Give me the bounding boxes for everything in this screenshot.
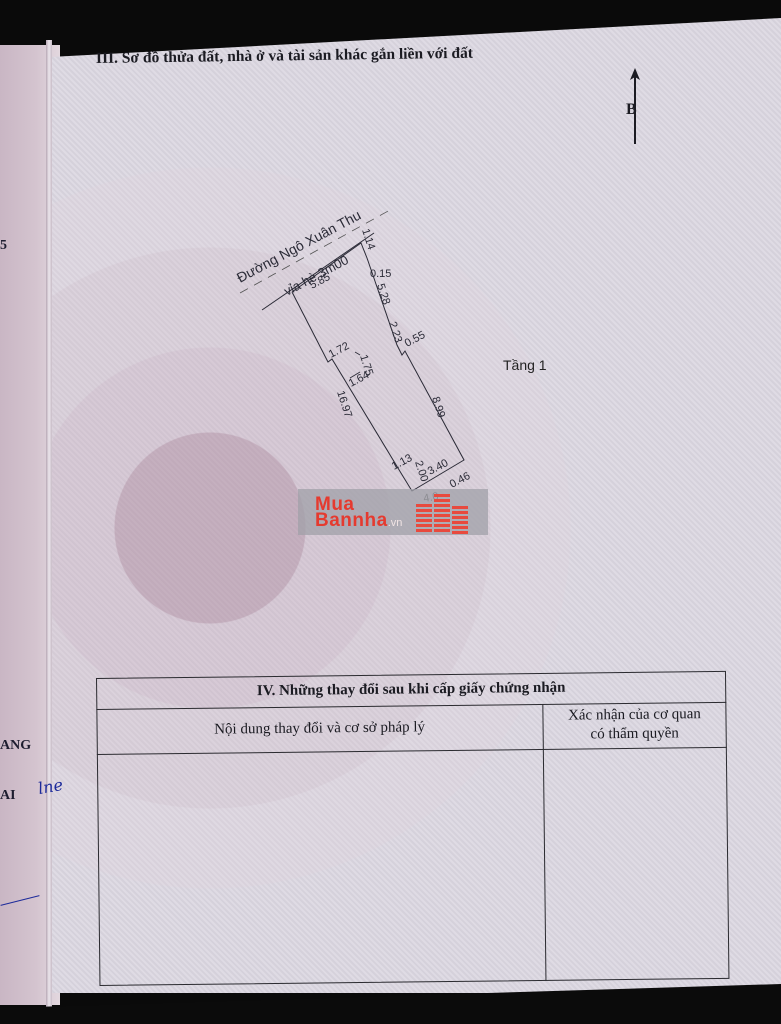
certificate-page: 5 ANG AI lne III. Sơ đồ thửa đất, nhà ở … — [0, 0, 781, 1024]
dim-right-mid-2: 0.55 — [403, 329, 428, 350]
dim-right-top-2: 0.15 — [370, 268, 391, 280]
column-header-changes: Nội dung thay đổi và cơ sở pháp lý — [96, 704, 542, 754]
building-bars-icon — [416, 492, 470, 534]
dim-left-step-1: 1.72 — [327, 340, 352, 361]
changes-table: IV. Những thay đổi sau khi cấp giấy chứn… — [96, 671, 729, 986]
dim-right-mid-1: 2.23 — [386, 320, 404, 344]
dim-rear-3: 3.40 — [426, 457, 451, 478]
column-header-authority: Xác nhận của cơ quan có thẩm quyền — [542, 705, 726, 752]
street-name-label: Đường Ngô Xuân Thu — [234, 207, 363, 286]
watermark-text: Mua Bannha.vn — [315, 497, 402, 531]
watermark-logo: Mua Bannha.vn — [298, 489, 488, 535]
dim-right-top-1: 1.14 — [359, 227, 377, 251]
dim-left-long: 16.97 — [334, 389, 354, 419]
dim-rear-1: 1.13 — [390, 452, 415, 473]
dim-rear-4: 0.46 — [448, 470, 473, 491]
floor-label: Tầng 1 — [503, 357, 547, 373]
dim-right-top-3: 5.28 — [374, 282, 392, 306]
dim-right-long: 8.99 — [429, 395, 447, 419]
sidewalk-label: vỉa hè 3m00 — [281, 252, 351, 298]
